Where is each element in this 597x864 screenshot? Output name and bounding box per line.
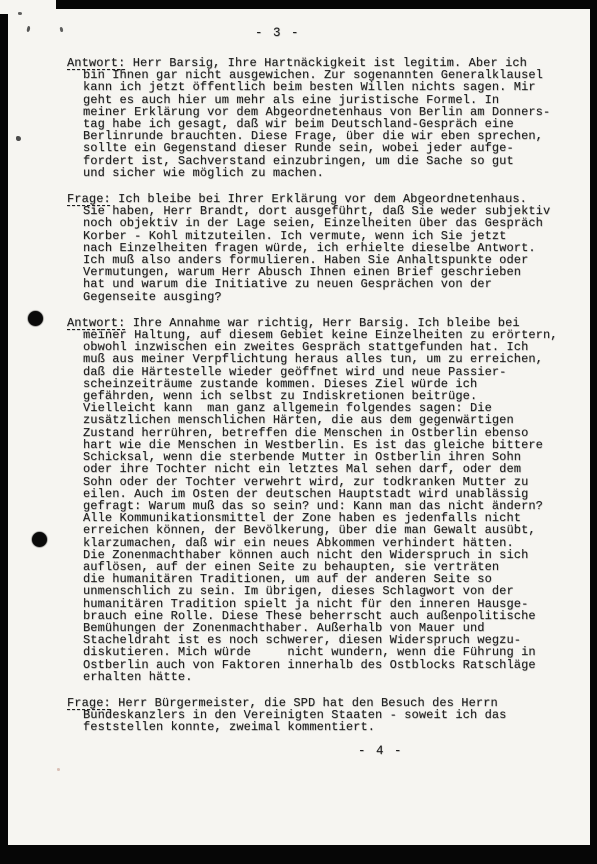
- scan-edge-artifact: [0, 0, 56, 14]
- paragraph-text-answer-1: Herr Barsig, Ihre Hartnäckigkeit ist leg…: [83, 56, 550, 180]
- document-scan: - 3 - Antwort: Herr Barsig, Ihre Hartnäc…: [0, 0, 597, 864]
- page-number-top: - 3 -: [255, 26, 300, 40]
- paragraph-question-2: Frage: Herr Bürgermeister, die SPD hat d…: [67, 697, 575, 734]
- paragraph-text-answer-2: Ihre Annahme war richtig, Herr Barsig. I…: [83, 316, 558, 684]
- hole-punch-mark: [32, 532, 47, 547]
- document-body: Antwort: Herr Barsig, Ihre Hartnäckigkei…: [67, 57, 575, 734]
- scan-speck: [18, 12, 22, 15]
- paragraph-question-1: Frage: Ich bleibe bei Ihrer Erklärung vo…: [67, 193, 575, 303]
- scan-speck: [57, 768, 60, 771]
- paragraph-text-question-1: Ich bleibe bei Ihrer Erklärung vor dem A…: [83, 192, 550, 304]
- scan-speck: [16, 136, 21, 141]
- page-number-bottom: - 4 -: [358, 744, 403, 758]
- paragraph-answer-1: Antwort: Herr Barsig, Ihre Hartnäckigkei…: [67, 57, 575, 179]
- paragraph-answer-2: Antwort: Ihre Annahme war richtig, Herr …: [67, 317, 575, 683]
- paragraph-text-question-2: Herr Bürgermeister, die SPD hat den Besu…: [83, 696, 506, 734]
- hole-punch-mark: [28, 311, 43, 326]
